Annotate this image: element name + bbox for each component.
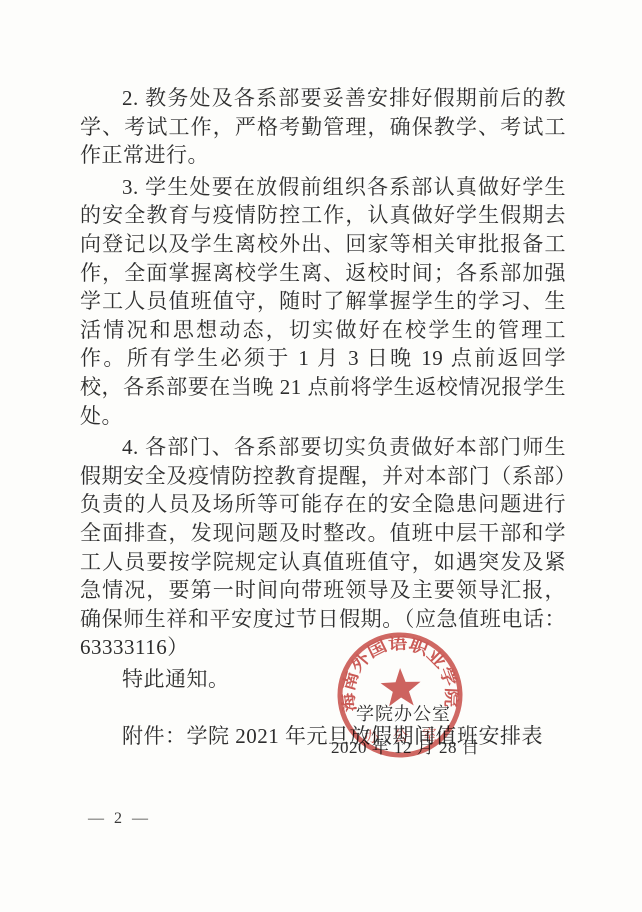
- page-number: — 2 —: [88, 810, 151, 828]
- attachment-line: 附件：学院 2021 年元旦放假期间值班安排表: [80, 722, 566, 751]
- closing-line: 特此通知。: [80, 665, 566, 694]
- seal-star-icon: [380, 667, 421, 706]
- document-body: 2. 教务处及各系部要妥善安排好假期前后的教学、考试工作，严格考勤管理，确保教学…: [80, 84, 566, 751]
- document-page: 2. 教务处及各系部要妥善安排好假期前后的教学、考试工作，严格考勤管理，确保教学…: [0, 0, 642, 912]
- official-seal: 海南外国语职业学院 办公室: [332, 627, 469, 764]
- seal-inner-text: 办公室: [364, 726, 452, 746]
- paragraph-item-4: 4. 各部门、各系部要切实负责做好本部门师生假期安全及疫情防控教育提醒，并对本部…: [80, 433, 566, 662]
- paragraph-item-2: 2. 教务处及各系部要妥善安排好假期前后的教学、考试工作，严格考勤管理，确保教学…: [80, 84, 566, 170]
- paragraph-item-3: 3. 学生处要在放假前组织各系部认真做好学生的安全教育与疫情防控工作，认真做好学…: [80, 173, 566, 430]
